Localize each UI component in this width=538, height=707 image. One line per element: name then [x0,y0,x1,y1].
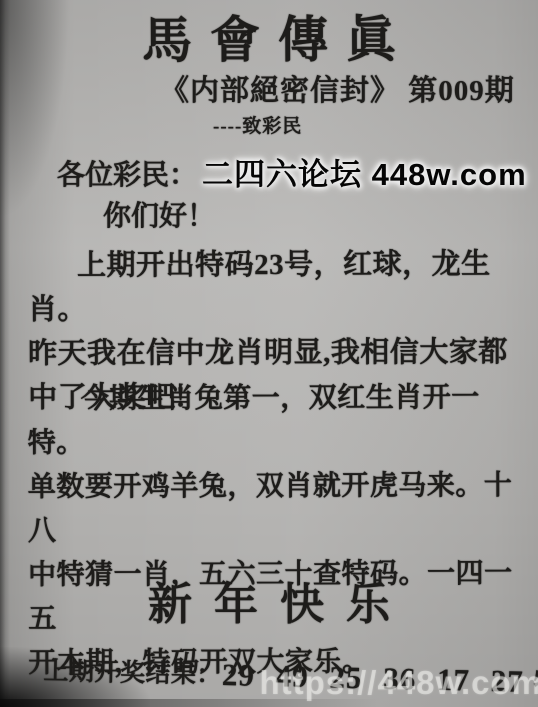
salutation: 各位彩民： [57,153,197,193]
greeting: 你们好！ [103,194,215,234]
issue-subtitle: 《内部絕密信封》 第009期 [160,68,515,109]
paragraph-line: 单数要开鸡羊兔，双肖就开虎马来。十八 [28,464,534,554]
paragraph-line: 今期生肖兔第一，双红生肖开一特。 [27,376,533,466]
closing-greeting: 新年快乐 [0,568,538,632]
paragraph-line: 上期开出特码23号，红球，龙生肖。 [28,242,530,332]
paragraph-line: 昨天我在信中龙肖明显,我相信大家都 [28,330,530,376]
scanned-fax-page: 馬會傳眞 《内部絕密信封》 第009期 ----致彩民 各位彩民： 二四六论坛 … [0,0,538,707]
url-watermark: https://448w.com [260,664,538,702]
results-label: 上期开奖结果： [43,658,222,689]
forum-watermark: 二四六论坛 448w.com [202,149,527,194]
paragraph-current-tips: 今期生肖兔第一，双红生肖开一特。 单数要开鸡羊兔，双肖就开虎马来。十八 中特猜一… [27,376,534,686]
dedication-line: ----致彩民 [213,111,302,138]
page-title: 馬會傳眞 [0,0,538,73]
